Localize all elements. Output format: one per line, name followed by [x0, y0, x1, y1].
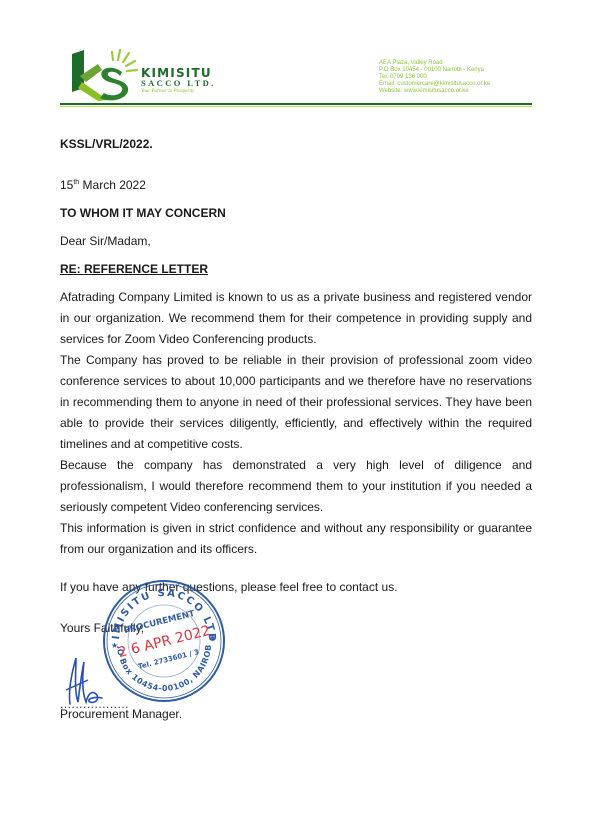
addressee: TO WHOM IT MAY CONCERN: [60, 206, 226, 220]
brand-subtitle: SACCO LTD.: [141, 79, 216, 88]
date-month-year: March 2022: [79, 178, 146, 192]
contact-block: AEA Plaza, Valley Road P.O Box 10454 - 0…: [379, 60, 490, 95]
letter-body: Afatrading Company Limited is known to u…: [60, 287, 532, 560]
paragraph-3: Because the company has demonstrated a v…: [60, 455, 532, 518]
signatory-title: Procurement Manager.: [60, 707, 182, 721]
header-divider: [60, 103, 532, 105]
contact-email: Email: customercare@kimisitusacco.or.ke: [379, 81, 490, 88]
brand-tagline: Your Partner to Prosperity: [141, 88, 216, 95]
subject-line: RE: REFERENCE LETTER: [60, 262, 208, 276]
contact-address: AEA Plaza, Valley Road: [379, 60, 490, 67]
letter-date: 15th March 2022: [60, 178, 146, 192]
reference-letter-page: KIMISITU SACCO LTD. Your Partner to Pros…: [0, 0, 595, 821]
official-stamp: KIMISITU SACCO LTD. P.O Box 10454-00100,…: [101, 578, 227, 704]
contact-pobox: P.O Box 10454 - 00100 Nairobi - Kenya: [379, 67, 490, 74]
header-divider-accent: [60, 106, 532, 107]
contact-tel: Tel: 0709 136 000: [379, 74, 490, 81]
reference-number: KSSL/VRL/2022.: [60, 137, 153, 151]
paragraph-4: This information is given in strict conf…: [60, 518, 532, 560]
kimisitu-logo-icon: [68, 46, 138, 102]
paragraph-2: The Company has proved to be reliable in…: [60, 350, 532, 455]
contact-website: Website: www.kimisitusacco.or.ke: [379, 88, 490, 95]
brand-block: KIMISITU SACCO LTD. Your Partner to Pros…: [141, 67, 216, 95]
paragraph-1: Afatrading Company Limited is known to u…: [60, 287, 532, 350]
salutation: Dear Sir/Madam,: [60, 234, 151, 248]
date-day: 15: [60, 178, 73, 192]
